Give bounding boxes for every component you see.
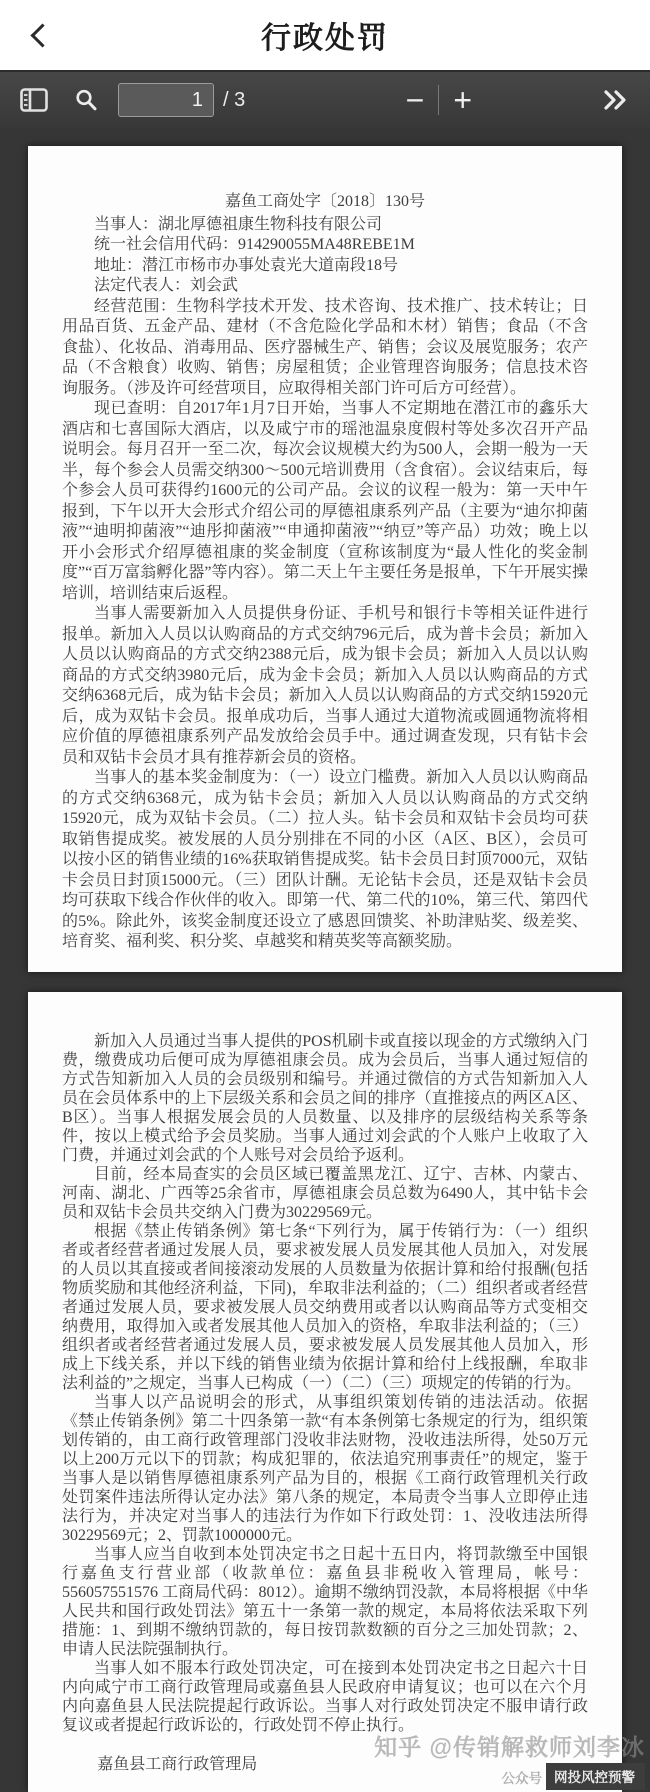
document-paragraph: 当事人需要新加入人员提供身份证、手机号和银行卡等相关证件进行报单。新加入人员以认… <box>62 604 588 768</box>
search-button[interactable] <box>64 78 108 122</box>
document-paragraph: 目前，经本局查实的会员区域已覆盖黑龙江、辽宁、吉林、内蒙古、河南、湖北、广西等2… <box>62 1165 588 1222</box>
party-info-line: 地址：潜江市杨市办事处袁光大道南段18号 <box>62 256 588 277</box>
document-paragraph: 当事人应当自收到本处罚决定书之日起十五日内，将罚款缴至中国银行嘉鱼支行营业部（收… <box>62 1545 588 1659</box>
zoom-out-button[interactable]: − <box>392 78 439 122</box>
zoom-in-button[interactable]: + <box>439 78 486 122</box>
document-paragraph: 现已查明：自2017年1月7日开始，当事人不定期地在潜江市的鑫乐大酒店和七喜国际… <box>62 399 588 604</box>
back-button[interactable] <box>18 14 60 56</box>
party-info-block: 当事人：湖北厚德祖康生物科技有限公司统一社会信用代码：914290055MA48… <box>62 215 588 297</box>
pdf-viewer-scroll-area[interactable]: 嘉鱼工商处字〔2018〕130号 当事人：湖北厚德祖康生物科技有限公司统一社会信… <box>0 128 650 1792</box>
party-info-line: 当事人：湖北厚德祖康生物科技有限公司 <box>62 215 588 236</box>
document-paragraph: 根据《禁止传销条例》第七条“下列行为，属于传销行为：（一）组织者或者经营者通过发… <box>62 1222 588 1393</box>
page-number-input[interactable] <box>118 83 214 117</box>
party-info-line: 统一社会信用代码：914290055MA48REBE1M <box>62 235 588 256</box>
pdf-page-1: 嘉鱼工商处字〔2018〕130号 当事人：湖北厚德祖康生物科技有限公司统一社会信… <box>28 146 622 972</box>
document-paragraph: 新加入人员通过当事人提供的POS机刷卡或直接以现金的方式缴纳入门费，缴费成功后便… <box>62 1032 588 1165</box>
more-tools-button[interactable] <box>594 78 638 122</box>
sidebar-toggle-icon <box>20 88 48 112</box>
document-paragraph: 当事人以产品说明会的形式，从事组织策划传销的违法活动。依据《禁止传销条例》第二十… <box>62 1393 588 1545</box>
search-icon <box>74 88 98 112</box>
party-info-line: 法定代表人：刘会武 <box>62 276 588 297</box>
document-number: 嘉鱼工商处字〔2018〕130号 <box>62 192 588 213</box>
page1-body: 经营范围：生物科学技术开发、技术咨询、技术推广、技术转让；日用品百货、五金产品、… <box>62 297 588 953</box>
pdf-toolbar: / 3 − + <box>0 72 650 128</box>
page-total-label: / 3 <box>223 89 245 112</box>
document-paragraph: 经营范围：生物科学技术开发、技术咨询、技术推广、技术转让；日用品百货、五金产品、… <box>62 297 588 400</box>
issuing-authority-signature: 嘉鱼县工商行政管理局 <box>62 1755 588 1774</box>
double-chevron-right-icon <box>603 89 629 111</box>
page2-body: 新加入人员通过当事人提供的POS机刷卡或直接以现金的方式缴纳入门费，缴费成功后便… <box>62 1032 588 1735</box>
document-paragraph: 当事人如不服本行政处罚决定，可在接到本处罚决定书之日起六十日内向咸宁市工商行政管… <box>62 1659 588 1735</box>
sidebar-toggle-button[interactable] <box>12 78 56 122</box>
page-title: 行政处罚 <box>261 13 389 57</box>
back-chevron-icon <box>30 23 54 47</box>
document-paragraph: 当事人的基本奖金制度为：（一）设立门槛费。新加入人员以认购商品的方式交纳6368… <box>62 768 588 953</box>
administrative-penalty-screen: { "app_header": { "title": "行政处罚" }, "pd… <box>0 0 650 1792</box>
app-header: 行政处罚 <box>0 0 650 72</box>
pdf-page-2: 新加入人员通过当事人提供的POS机刷卡或直接以现金的方式缴纳入门费，缴费成功后便… <box>28 992 622 1792</box>
